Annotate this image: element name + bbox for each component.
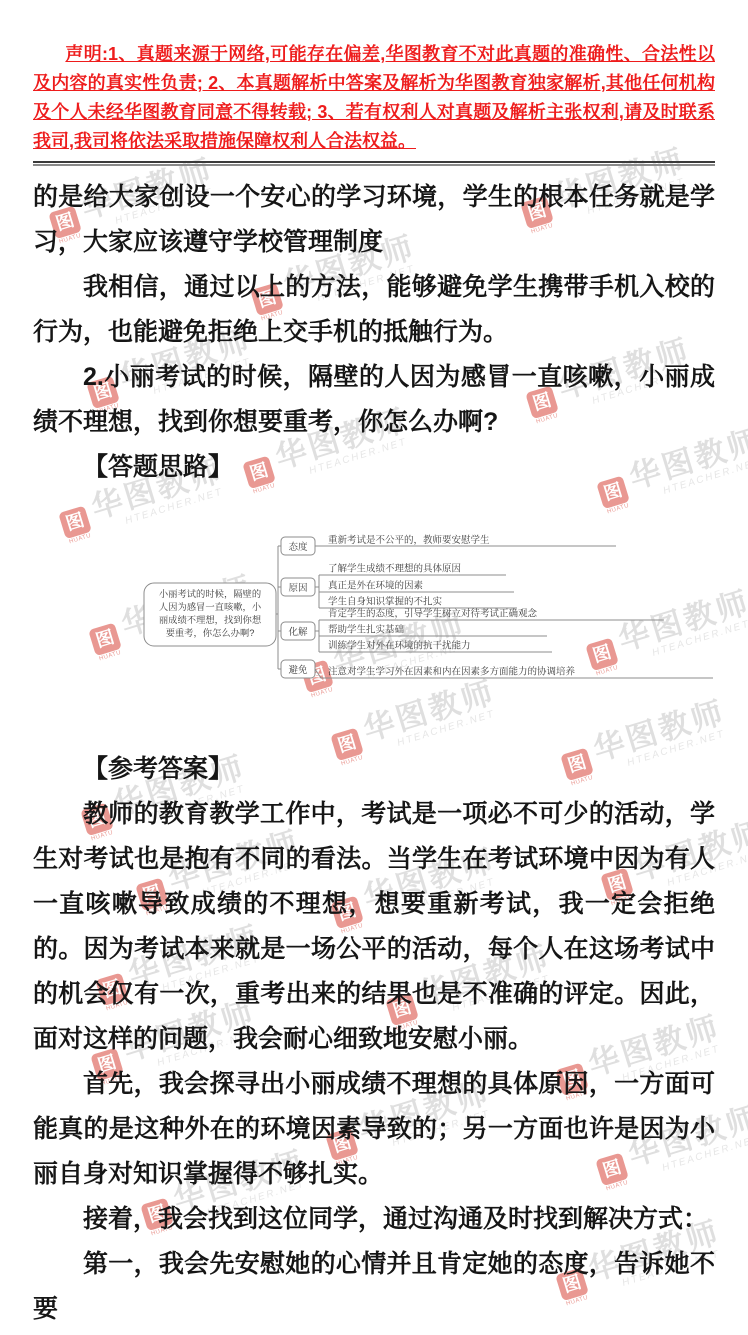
header-divider xyxy=(33,161,715,166)
paragraph-continuation: 的是给大家创设一个安心的学习环境，学生的根本任务就是学习，大家应该遵守学校管理制… xyxy=(33,175,715,265)
answer-paragraph-4: 第一，我会先安慰她的心情并且肯定她的态度，告诉她不要 xyxy=(33,1242,715,1332)
answer-paragraph-1: 教师的教育教学工作中，考试是一项必不可少的活动，学生对考试也是抱有不同的看法。当… xyxy=(33,792,715,1062)
mindmap-branch-label: 避免 xyxy=(288,664,308,676)
document-content: 声明:1、真题来源于网络,可能存在偏差,华图教育不对此真题的准确性、合法性以及内… xyxy=(0,0,748,1332)
answer-idea-heading: 【答题思路】 xyxy=(33,445,715,490)
mindmap-trunk-line xyxy=(276,546,281,669)
mindmap-leaf-text: 重新考试是不公平的，教师要安慰学生 xyxy=(328,534,490,546)
mindmap-leaf-text: 真正是外在环境的因素 xyxy=(328,580,424,592)
document-page: 图HUATU华图教师HTEACHER.NET 图HUATU华图教师HTEACHE… xyxy=(0,0,748,1335)
mindmap-root-line: 人因为感冒一直咳嗽，小 xyxy=(159,601,262,613)
mindmap-branch-label: 态度 xyxy=(288,541,308,553)
paragraph-belief: 我相信，通过以上的方法，能够避免学生携带手机入校的行为，也能避免拒绝上交手机的抵… xyxy=(33,265,715,355)
mindmap-leaf-text: 训练学生对外在环境的抗干扰能力 xyxy=(328,640,471,652)
mindmap-root-line: 小丽考试的时候，隔壁的 xyxy=(159,588,261,600)
copyright-disclaimer: 声明:1、真题来源于网络,可能存在偏差,华图教育不对此真题的准确性、合法性以及内… xyxy=(33,40,715,156)
mindmap-branch-label: 化解 xyxy=(288,626,308,638)
mindmap-leaf-text: 了解学生成绩不理想的具体原因 xyxy=(328,563,461,575)
mindmap-branch-label: 原因 xyxy=(288,583,307,594)
mindmap-leaf-text: 肯定学生的态度，引导学生树立对待考试正确观念 xyxy=(328,608,538,620)
answer-body: 的是给大家创设一个安心的学习环境，学生的根本任务就是学习，大家应该遵守学校管理制… xyxy=(33,175,715,1332)
answer-paragraph-3: 接着，我会找到这位同学，通过沟通及时找到解决方式： xyxy=(33,1197,715,1242)
mindmap-leaf-text: 注意对学生学习外在因素和内在因素多方面能力的协调培养 xyxy=(328,666,576,678)
mindmap-root-line: 丽成绩不理想，找到你想 xyxy=(159,614,262,626)
mindmap-root-line: 要重考，你怎么办啊? xyxy=(166,627,255,639)
mindmap-leaf-text: 帮助学生扎实基础 xyxy=(328,624,405,636)
question-2: 2.小丽考试的时候，隔壁的人因为感冒一直咳嗽，小丽成绩不理想，找到你想要重考，你… xyxy=(33,355,715,445)
answer-paragraph-2: 首先，我会探寻出小丽成绩不理想的具体原因，一方面可能真的是这种外在的环境因素导致… xyxy=(33,1062,715,1197)
mindmap-leaf-text: 学生自身知识掌握的不扎实 xyxy=(328,596,443,608)
answer-mindmap: 小丽考试的时候，隔壁的 人因为感冒一直咳嗽，小 丽成绩不理想，找到你想 要重考，… xyxy=(131,516,731,701)
reference-answer-heading: 【参考答案】 xyxy=(33,747,715,792)
